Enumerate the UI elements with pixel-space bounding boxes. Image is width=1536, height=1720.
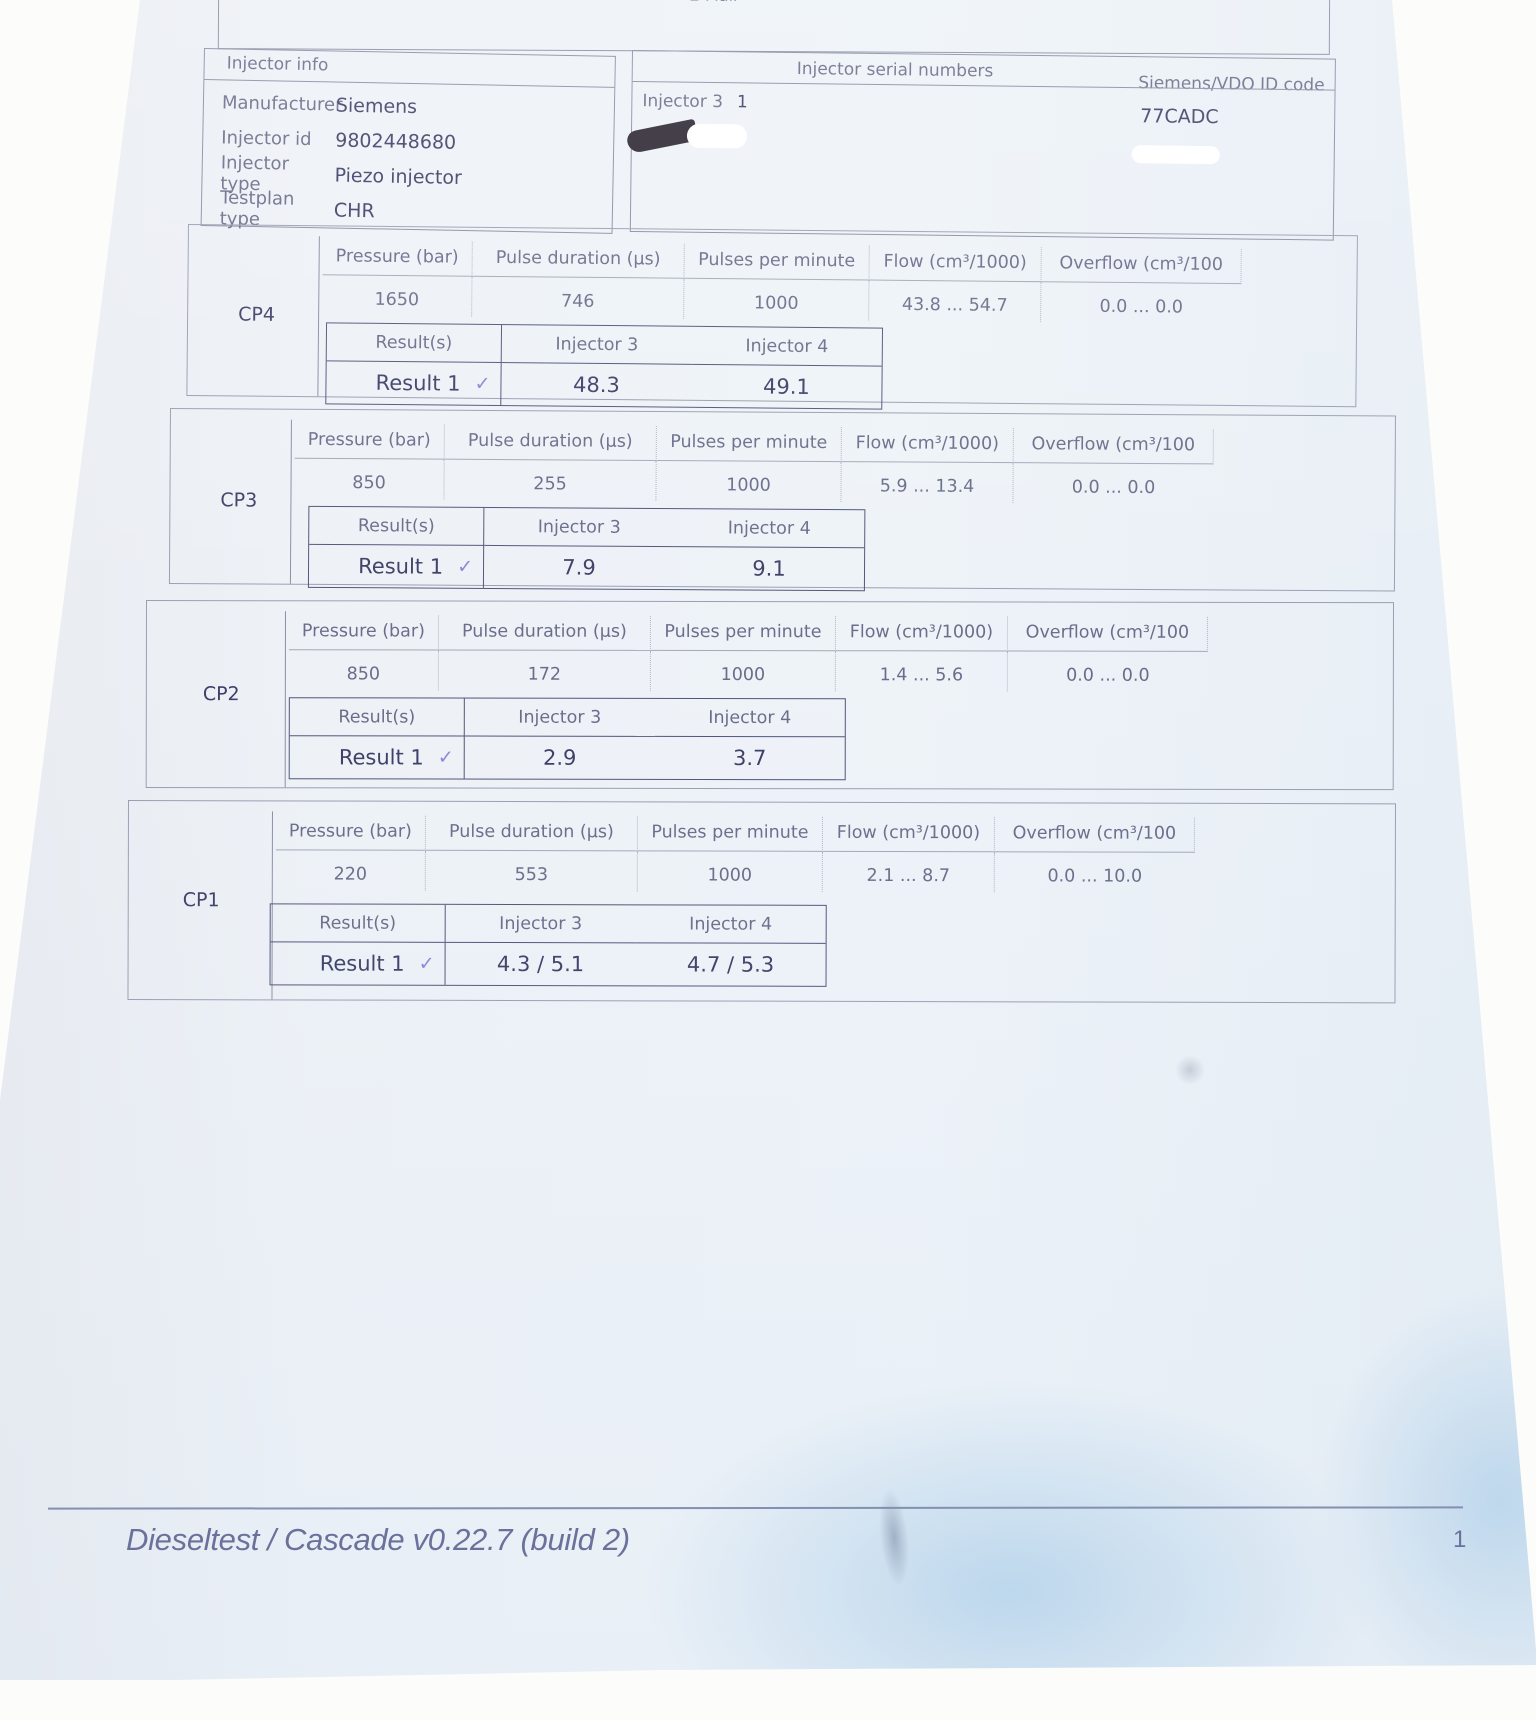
test-point-cp1: CP1 Pressure (bar)Pulse duration (µs)Pul…	[127, 800, 1396, 1003]
serial-number-value: 1	[737, 92, 748, 112]
redaction-mark	[687, 124, 747, 149]
param-header: Pulse duration (µs)	[426, 816, 638, 852]
result-name: Result 1	[320, 952, 405, 976]
info-label: Injector id	[203, 127, 335, 151]
id-code-title: Siemens/VDO ID code	[1138, 73, 1325, 95]
results-header: Injector 3	[446, 905, 636, 943]
redaction-mark	[625, 119, 698, 154]
param-value-pressure: 220	[276, 850, 426, 890]
result-injector-3: 2.9	[465, 737, 655, 779]
test-point-label: CP1	[183, 889, 220, 911]
param-header: Pressure (bar)	[323, 240, 473, 276]
results-table: Result(s) Injector 3 Injector 4 Result 1…	[289, 697, 846, 780]
result-label: Result 1 ✓	[290, 736, 465, 778]
divider	[633, 81, 1335, 91]
param-header: Flow (cm³/1000)	[823, 817, 995, 852]
result-injector-4: 3.7	[655, 737, 845, 779]
parameters-table: Pressure (bar)Pulse duration (µs)Pulses …	[322, 240, 1242, 324]
redaction-mark	[1132, 145, 1220, 164]
results-header: Result(s)	[290, 698, 465, 736]
param-value-overflow: 0.0 ... 0.0	[1013, 463, 1213, 504]
param-header: Overflow (cm³/100	[995, 817, 1195, 853]
results-header: Injector 4	[655, 699, 845, 737]
param-header: Pulses per minute	[638, 816, 823, 851]
param-value-pulses-per-minute: 1000	[684, 279, 869, 321]
results-table: Result(s) Injector 3 Injector 4 Result 1…	[270, 903, 827, 986]
results-header: Injector 4	[636, 905, 826, 943]
results-header: Injector 3	[465, 699, 655, 737]
id-code-value: 77CADC	[1140, 105, 1219, 128]
results-header: Result(s)	[327, 323, 502, 363]
info-value: 9802448680	[335, 129, 456, 153]
parameters-table: Pressure (bar)Pulse duration (µs)Pulses …	[289, 615, 1208, 692]
param-value-pulses-per-minute: 1000	[656, 461, 841, 502]
param-header: Pressure (bar)	[276, 815, 426, 850]
page-number: 1	[1453, 1526, 1466, 1554]
results-header: Injector 4	[674, 509, 864, 548]
info-value: CHR	[334, 199, 375, 222]
result-label: Result 1 ✓	[309, 545, 484, 588]
param-value-pressure: 1650	[322, 275, 472, 316]
smudge-mark	[862, 1468, 927, 1622]
param-header: Flow (cm³/1000)	[836, 616, 1008, 651]
param-value-pressure: 850	[294, 459, 444, 500]
test-point-label: CP2	[203, 683, 240, 705]
injector-info-title: Injector info	[227, 53, 329, 75]
info-row-injector-id: Injector id 9802448680	[203, 120, 614, 163]
param-header: Overflow (cm³/100	[1008, 617, 1208, 652]
test-point-label: CP4	[238, 303, 275, 325]
param-header: Pressure (bar)	[289, 615, 439, 650]
param-header: Overflow (cm³/100	[1041, 247, 1241, 284]
results-table: Result(s) Injector 3 Injector 4 Result 1…	[308, 506, 865, 591]
test-point-cp2: CP2 Pressure (bar)Pulse duration (µs)Pul…	[146, 600, 1394, 790]
info-row-testplan-type: Testplan type CHR	[202, 190, 613, 233]
injector-info-box: Injector info Manufacturer Siemens Injec…	[201, 48, 616, 234]
serial-injector-label: Injector 3	[642, 91, 723, 112]
param-header: Pressure (bar)	[295, 424, 445, 460]
param-value-pressure: 850	[289, 650, 439, 690]
param-header: Pulse duration (µs)	[473, 242, 685, 279]
software-version: Dieseltest / Cascade v0.22.7 (build 2)	[126, 1522, 630, 1558]
divider	[271, 811, 272, 999]
divider	[204, 79, 614, 88]
results-header: Injector 3	[502, 325, 692, 365]
result-name: Result 1	[358, 554, 443, 579]
parameters-table: Pressure (bar)Pulse duration (µs)Pulses …	[294, 424, 1213, 505]
test-point-label: CP3	[220, 489, 257, 511]
param-value-overflow: 0.0 ... 0.0	[1008, 652, 1208, 692]
param-value-pulse-duration: 255	[444, 460, 656, 501]
result-injector-4: 49.1	[691, 365, 881, 409]
result-injector-3: 48.3	[501, 363, 691, 407]
info-value: Piezo injector	[334, 164, 462, 188]
parameters-table: Pressure (bar)Pulse duration (µs)Pulses …	[276, 815, 1195, 892]
param-header: Pulses per minute	[651, 616, 836, 651]
param-value-pulses-per-minute: 1000	[651, 651, 836, 691]
checkmark-icon: ✓	[457, 556, 473, 578]
result-name: Result 1	[339, 745, 424, 769]
result-injector-3: 7.9	[484, 546, 674, 589]
result-label: Result 1 ✓	[326, 361, 501, 405]
result-injector-4: 4.7 / 5.3	[636, 943, 826, 985]
printed-page: E-Mail Injector info Manufacturer Siemen…	[0, 0, 1536, 1680]
test-point-cp3: CP3 Pressure (bar)Pulse duration (µs)Pul…	[169, 408, 1396, 591]
checkmark-icon: ✓	[419, 953, 435, 975]
param-value-pulses-per-minute: 1000	[638, 851, 823, 891]
result-injector-4: 9.1	[674, 547, 864, 590]
param-header: Pulses per minute	[657, 426, 842, 462]
result-injector-3: 4.3 / 5.1	[446, 943, 636, 985]
param-value-flow: 2.1 ... 8.7	[823, 852, 995, 892]
param-value-pulse-duration: 553	[426, 851, 638, 892]
checkmark-icon: ✓	[474, 373, 490, 395]
param-value-pulse-duration: 172	[439, 651, 651, 691]
param-value-pulse-duration: 746	[472, 277, 684, 319]
info-value: Siemens	[336, 94, 418, 118]
result-name: Result 1	[376, 371, 461, 396]
param-value-overflow: 0.0 ... 10.0	[995, 852, 1195, 893]
results-header: Result(s)	[271, 904, 446, 942]
results-header: Result(s)	[309, 507, 484, 546]
param-value-flow: 1.4 ... 5.6	[836, 651, 1008, 691]
results-table: Result(s) Injector 3 Injector 4 Result 1…	[325, 322, 883, 409]
param-header: Pulses per minute	[684, 244, 869, 281]
test-point-cp4: CP4 Pressure (bar)Pulse duration (µs)Pul…	[186, 224, 1358, 407]
param-header: Flow (cm³/1000)	[869, 246, 1041, 283]
footer-divider	[48, 1506, 1463, 1509]
info-label: Testplan type	[202, 186, 335, 231]
param-header: Pulse duration (µs)	[439, 616, 651, 651]
param-value-flow: 43.8 ... 54.7	[869, 281, 1041, 323]
param-value-overflow: 0.0 ... 0.0	[1041, 282, 1241, 324]
info-row-injector-type: Injector type Piezo injector	[202, 155, 613, 198]
contact-box: E-Mail	[218, 0, 1330, 55]
results-header: Injector 4	[692, 327, 882, 367]
results-header: Injector 3	[484, 508, 674, 547]
photo-stage: E-Mail Injector info Manufacturer Siemen…	[0, 0, 1536, 1720]
info-row-manufacturer: Manufacturer Siemens	[204, 85, 615, 128]
serial-numbers-box: Injector serial numbers Siemens/VDO ID c…	[630, 50, 1336, 241]
result-label: Result 1 ✓	[271, 942, 446, 984]
checkmark-icon: ✓	[438, 747, 454, 769]
param-header: Flow (cm³/1000)	[842, 427, 1014, 463]
divider	[317, 236, 320, 396]
param-value-flow: 5.9 ... 13.4	[841, 462, 1013, 503]
divider	[290, 420, 292, 584]
serial-entry: Injector 31	[642, 91, 748, 112]
info-label: Injector type	[202, 152, 335, 197]
info-label: Manufacturer	[204, 92, 336, 116]
smudge-mark	[1175, 1055, 1205, 1085]
param-header: Overflow (cm³/100	[1014, 428, 1214, 464]
param-header: Pulse duration (µs)	[445, 425, 657, 461]
email-label: E-Mail	[689, 0, 737, 5]
divider	[285, 611, 286, 787]
serial-numbers-title: Injector serial numbers	[797, 59, 994, 81]
